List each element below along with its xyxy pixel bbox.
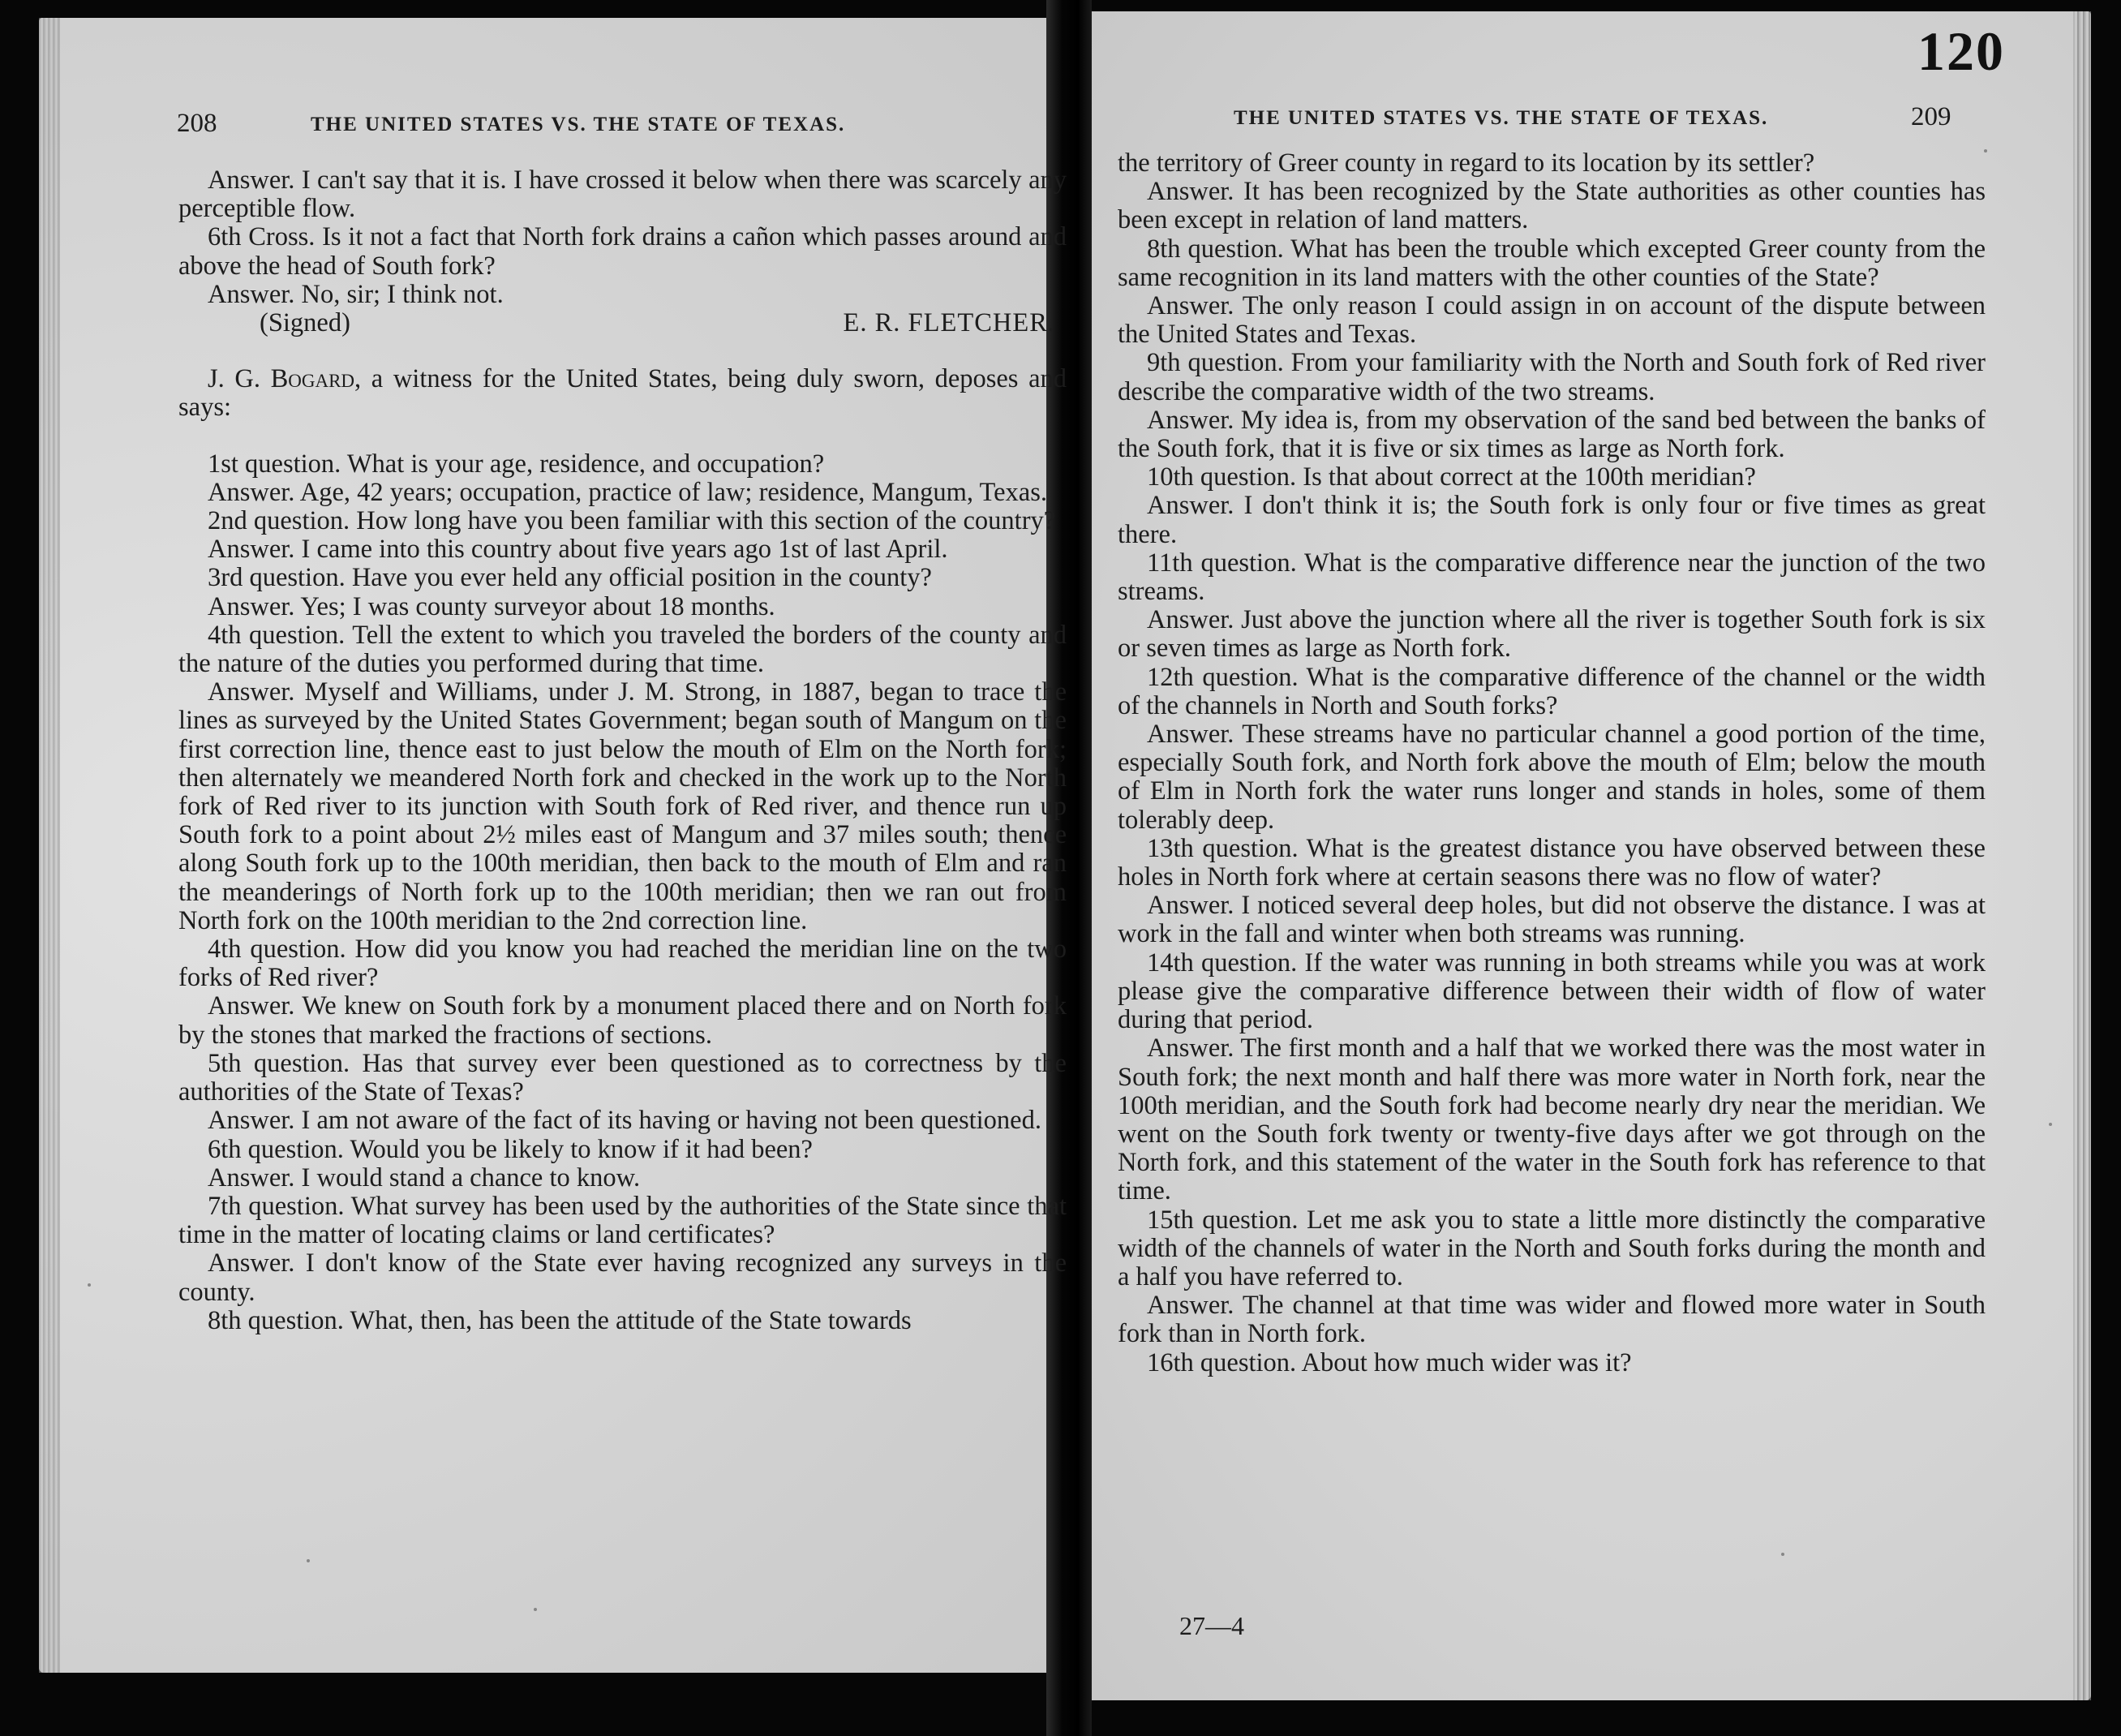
- running-head: THE UNITED STATES VS. THE STATE OF TEXAS…: [311, 114, 845, 136]
- paper-speck: [534, 1608, 537, 1611]
- testimony-answer: Answer. These streams have no particular…: [1118, 720, 1986, 835]
- testimony-question: 10th question. Is that about correct at …: [1118, 463, 1986, 492]
- testimony-answer: Answer. The only reason I could assign i…: [1118, 292, 1986, 349]
- testimony-answer: Answer. We knew on South fork by a monum…: [178, 992, 1067, 1049]
- testimony-answer: Answer. I would stand a chance to know.: [178, 1164, 1067, 1192]
- paper-speck: [1781, 1553, 1784, 1556]
- right-page-body: the territory of Greer county in regard …: [1118, 149, 1986, 1377]
- testimony-question: 1st question. What is your age, residenc…: [178, 450, 1067, 479]
- testimony-answer: Answer. I noticed several deep holes, bu…: [1118, 892, 1986, 948]
- left-page: 208 THE UNITED STATES VS. THE STATE OF T…: [39, 18, 1046, 1673]
- testimony-question: 14th question. If the water was running …: [1118, 949, 1986, 1035]
- running-head: THE UNITED STATES VS. THE STATE OF TEXAS…: [1234, 107, 1768, 130]
- testimony-question: 7th question. What survey has been used …: [178, 1192, 1067, 1249]
- testimony-answer: Answer. My idea is, from my observation …: [1118, 406, 1986, 463]
- testimony-answer: Answer. I don't think it is; the South f…: [1118, 492, 1986, 548]
- testimony-answer: Answer. Yes; I was county surveyor about…: [178, 593, 1067, 621]
- testimony-question: 13th question. What is the greatest dist…: [1118, 835, 1986, 892]
- page-edges: [39, 18, 60, 1673]
- testimony-answer: Answer. The first month and a half that …: [1118, 1034, 1986, 1205]
- testimony-question: 16th question. About how much wider was …: [1118, 1349, 1986, 1377]
- paragraph: Answer. No, sir; I think not.: [178, 281, 1067, 309]
- testimony-question: 8th question. What, then, has been the a…: [178, 1307, 1067, 1335]
- signature-mark: 27—4: [1179, 1611, 1244, 1641]
- testimony-question: 11th question. What is the comparative d…: [1118, 549, 1986, 606]
- right-page: 120 THE UNITED STATES VS. THE STATE OF T…: [1092, 11, 2091, 1700]
- testimony-question: 8th question. What has been the trouble …: [1118, 235, 1986, 292]
- testimony-question: 3rd question. Have you ever held any off…: [178, 564, 1067, 592]
- paragraph: Answer. I can't say that it is. I have c…: [178, 166, 1067, 223]
- witness-intro: J. G. Bogard, a witness for the United S…: [178, 365, 1067, 422]
- testimony-answer: Answer. Age, 42 years; occupation, pract…: [178, 479, 1067, 507]
- paragraph: 6th Cross. Is it not a fact that North f…: [178, 223, 1067, 280]
- testimony-question: 9th question. From your familiarity with…: [1118, 349, 1986, 406]
- testimony-answer: Answer. I came into this country about f…: [178, 535, 1067, 564]
- testimony-answer: Answer. Myself and Williams, under J. M.…: [178, 678, 1067, 935]
- witness-name: J. G. Bogard: [208, 364, 354, 393]
- stamp-number: 120: [1917, 19, 2005, 84]
- signed-label: (Signed): [260, 309, 350, 337]
- signatory-name: E. R. FLETCHER.: [844, 309, 1055, 337]
- signature-line: (Signed) E. R. FLETCHER.: [178, 309, 1067, 337]
- testimony-answer: Answer. Just above the junction where al…: [1118, 606, 1986, 663]
- testimony-question: 4th question. Tell the extent to which y…: [178, 621, 1067, 678]
- paper-speck: [88, 1283, 91, 1287]
- left-page-body: Answer. I can't say that it is. I have c…: [178, 166, 1067, 1335]
- testimony-answer: Answer. I don't know of the State ever h…: [178, 1249, 1067, 1306]
- testimony-answer: Answer. I am not aware of the fact of it…: [178, 1106, 1067, 1135]
- page-number: 209: [1911, 102, 1951, 132]
- testimony-question: 15th question. Let me ask you to state a…: [1118, 1206, 1986, 1292]
- paper-speck: [307, 1559, 310, 1562]
- testimony-question: 6th question. Would you be likely to kno…: [178, 1136, 1067, 1164]
- testimony-question: 12th question. What is the comparative d…: [1118, 664, 1986, 720]
- testimony-question: 4th question. How did you know you had r…: [178, 935, 1067, 992]
- page-number: 208: [177, 109, 217, 139]
- testimony-answer: Answer. The channel at that time was wid…: [1118, 1291, 1986, 1348]
- testimony-question: 2nd question. How long have you been fam…: [178, 507, 1067, 535]
- paper-speck: [1984, 149, 1987, 153]
- continuation-paragraph: the territory of Greer county in regard …: [1118, 149, 1986, 178]
- testimony-question: 5th question. Has that survey ever been …: [178, 1050, 1067, 1106]
- page-edges: [2073, 11, 2091, 1700]
- paper-speck: [2049, 1123, 2052, 1126]
- testimony-answer: Answer. It has been recognized by the St…: [1118, 178, 1986, 234]
